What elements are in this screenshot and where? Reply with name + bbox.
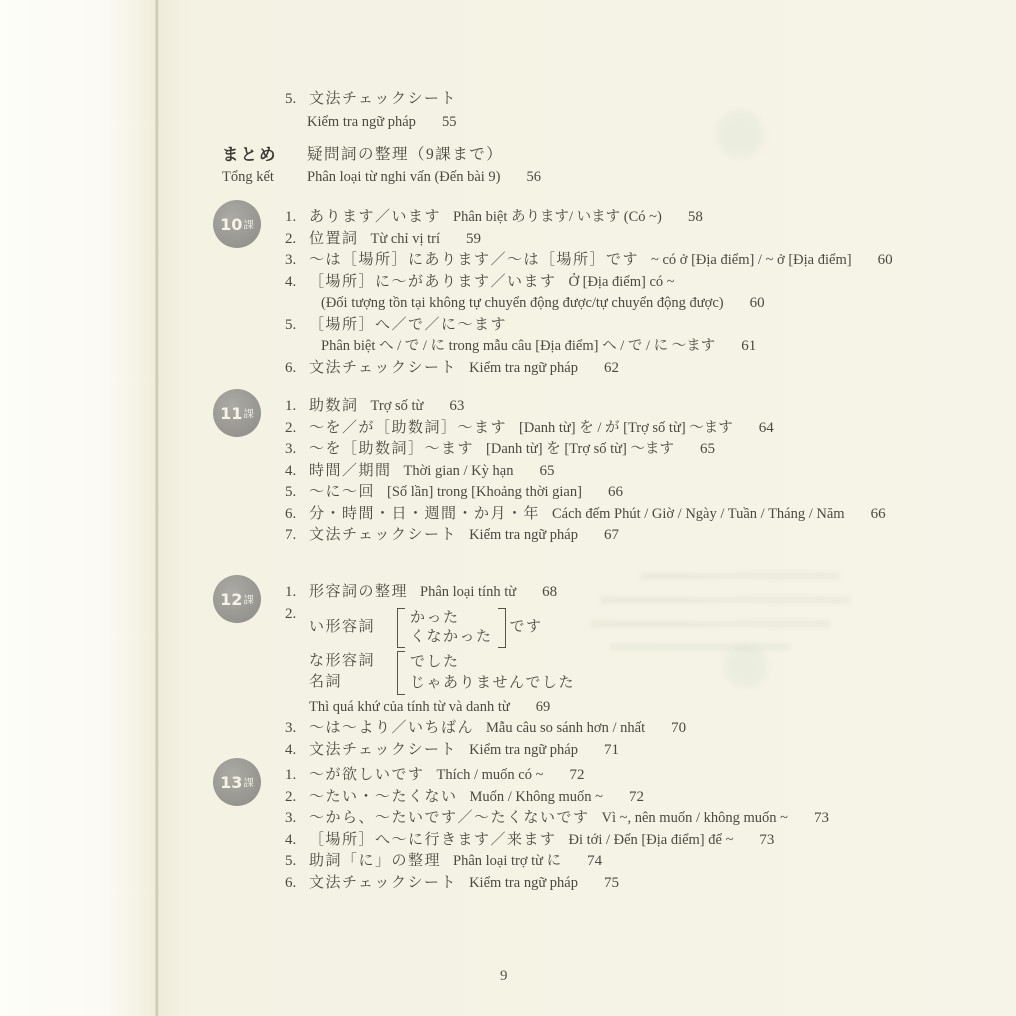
item-number: 3. [285,718,309,740]
item-number: 6. [285,504,309,526]
lesson-badge-suffix: 課 [243,406,254,421]
toc-item: 5.［場所］へ／で／に～ます [285,315,893,337]
bracket-options-b: でしたじゃありませんでした [405,651,580,695]
item-number: 4. [285,461,309,483]
toc-item-subline: (Đối tượng tồn tại không tự chuyển động … [285,293,893,315]
item-title-jp: 文法チェックシート [309,875,457,891]
item-number: 5. [285,482,309,504]
toc-item: 4.文法チェックシートKiểm tra ngữ pháp71 [285,740,686,762]
item-title-jp: 位置詞 [309,231,359,247]
item-number: 4. [285,272,309,294]
item-page-number: 72 [629,789,644,805]
item-title-jp: ～を［助数詞］～ます [309,441,474,457]
lesson-badge-12: 12課 [213,575,261,623]
toc-item: 1.形容詞の整理Phân loại tính từ68 [285,582,686,604]
item-subline-text: (Đối tượng tồn tại không tự chuyển động … [321,295,724,311]
item-title-jp: あります／います [309,209,441,225]
lesson-items: 1.あります／いますPhân biệt あります/ います (Có ~)582.… [285,207,893,379]
intro-item-line2: Kiểm tra ngữ pháp55 [285,111,457,134]
item-number: 6. [285,358,309,380]
lesson-badge-number: 10 [220,215,242,234]
summary-label-jp: まとめ [222,144,304,166]
item-number: 4. [285,830,309,852]
item-page-number: 62 [604,360,619,376]
toc-item: 1.あります／いますPhân biệt あります/ います (Có ~)58 [285,207,893,229]
item-title-jp: ［場所］へ／で／に～ます [309,317,507,333]
toc-item: 4.［場所］へ～に行きます／来ますĐi tới / Đến [Địa điểm]… [285,830,829,852]
item-page-number: 75 [604,875,619,891]
item-number: 3. [285,808,309,830]
item-title-jp: ～は～より／いちばん [309,720,474,736]
bracket-body: い形容詞かったくなかったですな形容詞名詞でしたじゃありませんでしたThì quá… [309,606,584,719]
item-title-vi: Ở [Địa điểm] có ~ [569,274,675,290]
item-title-jp: 文法チェックシート [309,360,457,376]
item-page-number: 59 [466,231,481,247]
item-page-number: 58 [688,209,703,225]
item-title-jp: ［場所］に～があります／います [309,274,557,290]
item-number: 5. [285,315,309,337]
bracket-label: な形容詞 [309,651,397,672]
bracket-row2: な形容詞名詞でしたじゃありませんでした [309,651,584,695]
bracket-labels: な形容詞名詞 [309,651,397,695]
item-page-number: 73 [814,810,829,826]
bracket-label: 名詞 [309,672,397,693]
item-number: 2. [285,229,309,251]
item-title-jp: ～は［場所］にあります／～は［場所］です [309,252,639,268]
lesson-block-12: 12課1.形容詞の整理Phân loại tính từ682.い形容詞かったく… [213,582,686,761]
item-title-jp: 助数詞 [309,398,359,414]
item-title-vi: [Danh từ] を / が [Trợ số từ] ～ます [519,420,733,436]
item-title-jp: 文法チェックシート [309,91,457,107]
item-title-jp: 文法チェックシート [309,527,457,543]
footer-page-number: 9 [500,968,508,985]
item-number: 3. [285,250,309,272]
item-page-number: 60 [750,295,765,311]
toc-item-bracket: 2.い形容詞かったくなかったですな形容詞名詞でしたじゃありませんでしたThì q… [285,606,686,719]
item-title-vi: Đi tới / Đến [Địa điểm] để ~ [569,832,734,848]
toc-item: 6.文法チェックシートKiểm tra ngữ pháp75 [285,873,829,895]
toc-item: 3.～から、～たいです／～たくないですVì ~, nên muốn / khôn… [285,808,829,830]
toc-item: 5.助詞「に」の整理Phân loại trợ từ に74 [285,851,829,873]
item-page-number: 55 [442,114,457,130]
item-number: 3. [285,439,309,461]
bracket-row1: い形容詞かったくなかったです [309,608,584,648]
toc-item: 5.～に～回[Số lần] trong [Khoảng thời gian]6… [285,482,886,504]
lesson-badge-suffix: 課 [243,592,254,607]
item-title-jp: 形容詞の整理 [309,584,408,600]
item-title-vi: Kiểm tra ngữ pháp [469,360,578,376]
item-number: 5. [285,88,309,111]
bleedthrough-text-smudge [640,572,840,580]
item-title-vi: Muốn / Không muốn ~ [470,789,604,805]
item-title-jp: ［場所］へ～に行きます／来ます [309,832,557,848]
item-page-number: 71 [604,742,619,758]
toc-item: 2.～たい・～たくないMuốn / Không muốn ~72 [285,787,829,809]
toc-item-subline: Phân biệt へ / で / に trong mẫu câu [Địa đ… [285,336,893,358]
item-title-vi: Thì quá khứ của tính từ và danh từ [309,699,510,715]
lesson-items: 1.～が欲しいですThích / muốn có ~722.～たい・～たくないM… [285,765,829,894]
item-title-vi: Từ chỉ vị trí [371,231,440,247]
item-title-vi: Kiểm tra ngữ pháp [469,875,578,891]
summary-label: まとめ Tổng kết [222,144,304,188]
toc-item: 1.～が欲しいですThích / muốn có ~72 [285,765,829,787]
summary-title-jp: 疑問詞の整理（9課まで） [307,144,541,166]
bracket-edge-right [498,608,506,648]
item-page-number: 68 [542,584,557,600]
item-number: 1. [285,396,309,418]
summary-label-vi: Tổng kết [222,166,304,188]
summary-page-number: 56 [527,169,542,185]
item-page-number: 61 [741,338,756,354]
toc-item: 3.～は［場所］にあります／～は［場所］です~ có ở [Địa điểm] … [285,250,893,272]
intro-toc-item: 5.文法チェックシート Kiểm tra ngữ pháp55 [285,88,457,134]
lesson-badge-number: 11 [220,404,242,423]
toc-item: 1.助数詞Trợ số từ63 [285,396,886,418]
item-number: 2. [285,787,309,809]
toc-item: 4.［場所］に～があります／いますỞ [Địa điểm] có ~ [285,272,893,294]
item-title-vi: Kiểm tra ngữ pháp [307,114,416,130]
toc-item: 2.位置詞Từ chỉ vị trí59 [285,229,893,251]
item-subline-text: Phân biệt へ / で / に trong mẫu câu [Địa đ… [321,338,715,354]
lesson-items: 1.形容詞の整理Phân loại tính từ682.い形容詞かったくなかっ… [285,582,686,761]
bracket-caption: Thì quá khứ của tính từ và danh từ69 [309,697,584,719]
bracket-option: かった [410,609,493,628]
bracket-edge-left [397,651,405,695]
toc-item: 2.～を／が［助数詞］～ます[Danh từ] を / が [Trợ số từ… [285,418,886,440]
item-number: 1. [285,207,309,229]
item-title-jp: 分・時間・日・週間・か月・年 [309,506,540,522]
item-number: 1. [285,582,309,604]
lesson-badge-suffix: 課 [243,775,254,790]
summary-title: 疑問詞の整理（9課まで） Phân loại từ nghi vấn (Đến … [307,144,541,188]
item-number: 5. [285,851,309,873]
item-number: 2. [285,606,309,623]
item-title-vi: Mẫu câu so sánh hơn / nhất [486,720,645,736]
adjacent-page-margin [0,0,155,1016]
item-title-jp: ～から、～たいです／～たくないです [309,810,590,826]
toc-item: 7.文法チェックシートKiểm tra ngữ pháp67 [285,525,886,547]
item-page-number: 60 [878,252,893,268]
bleedthrough-circle [716,110,764,158]
item-number: 1. [285,765,309,787]
item-title-vi: Vì ~, nên muốn / không muốn ~ [602,810,788,826]
item-title-jp: 助詞「に」の整理 [309,853,441,869]
lesson-badge-11: 11課 [213,389,261,437]
book-page-photo: 5.文法チェックシート Kiểm tra ngữ pháp55 まとめ Tổng… [0,0,1016,1016]
lesson-badge-number: 12 [220,590,242,609]
bracket-options-a: かったくなかった [405,608,498,648]
item-page-number: 65 [700,441,715,457]
summary-title-vi-line: Phân loại từ nghi vấn (Đến bài 9)56 [307,166,541,188]
intro-item-line1: 5.文法チェックシート [285,88,457,111]
item-number: 7. [285,525,309,547]
item-title-vi: Kiểm tra ngữ pháp [469,527,578,543]
item-title-vi: ~ có ở [Địa điểm] / ~ ở [Địa điểm] [651,252,852,268]
bracket-edge-left [397,608,405,648]
item-page-number: 72 [569,767,584,783]
bracket-suffix-desu: です [510,618,543,637]
item-title-vi: Phân loại tính từ [420,584,516,600]
bracket-option: くなかった [410,628,493,647]
item-title-jp: ～に～回 [309,484,375,500]
item-title-vi: Thích / muốn có ~ [437,767,544,783]
item-page-number: 63 [449,398,464,414]
item-title-vi: Kiểm tra ngữ pháp [469,742,578,758]
item-page-number: 73 [759,832,774,848]
bracket-group-b: でしたじゃありませんでした [397,651,580,695]
toc-item: 6.分・時間・日・週間・か月・年Cách đếm Phút / Giờ / Ng… [285,504,886,526]
item-page-number: 64 [759,420,774,436]
summary-title-vi: Phân loại từ nghi vấn (Đến bài 9) [307,169,501,185]
item-page-number: 70 [671,720,686,736]
item-page-number: 66 [608,484,623,500]
lesson-block-13: 13課1.～が欲しいですThích / muốn có ~722.～たい・～たく… [213,765,829,894]
item-page-number: 67 [604,527,619,543]
lesson-badge-13: 13課 [213,758,261,806]
bracket-label-i-adj: い形容詞 [309,618,397,637]
item-page-number: 65 [539,463,554,479]
lesson-block-11: 11課1.助数詞Trợ số từ632.～を／が［助数詞］～ます[Danh t… [213,396,886,547]
lesson-items: 1.助数詞Trợ số từ632.～を／が［助数詞］～ます[Danh từ] … [285,396,886,547]
item-page-number: 74 [587,853,602,869]
item-page-number: 69 [536,699,551,715]
item-title-jp: ～が欲しいです [309,767,425,783]
toc-item: 3.～は～より／いちばんMẫu câu so sánh hơn / nhất70 [285,718,686,740]
lesson-badge-10: 10課 [213,200,261,248]
toc-item: 4.時間／期間Thời gian / Kỳ hạn65 [285,461,886,483]
lesson-badge-number: 13 [220,773,242,792]
bracket-option: じゃありませんでした [410,673,575,694]
item-title-jp: ～たい・～たくない [309,789,458,805]
item-title-jp: 文法チェックシート [309,742,457,758]
item-number: 4. [285,740,309,762]
item-title-vi: [Số lần] trong [Khoảng thời gian] [387,484,582,500]
item-number: 2. [285,418,309,440]
toc-item: 6.文法チェックシートKiểm tra ngữ pháp62 [285,358,893,380]
item-title-vi: Phân loại trợ từ に [453,853,561,869]
item-page-number: 66 [871,506,886,522]
bracket-option: でした [410,652,575,673]
item-title-vi: [Danh từ] を [Trợ số từ] ～ます [486,441,674,457]
toc-item: 3.～を［助数詞］～ます[Danh từ] を [Trợ số từ] ～ます6… [285,439,886,461]
item-title-jp: ～を／が［助数詞］～ます [309,420,507,436]
item-title-vi: Trợ số từ [371,398,424,414]
item-title-vi: Thời gian / Kỳ hạn [404,463,514,479]
item-title-vi: Phân biệt あります/ います (Có ~) [453,209,662,225]
bracket-group-a: かったくなかった [397,608,506,648]
lesson-badge-suffix: 課 [243,217,254,232]
item-title-jp: 時間／期間 [309,463,392,479]
item-title-vi: Cách đếm Phút / Giờ / Ngày / Tuần / Thán… [552,506,845,522]
item-number: 6. [285,873,309,895]
lesson-block-10: 10課1.あります／いますPhân biệt あります/ います (Có ~)5… [213,207,893,379]
